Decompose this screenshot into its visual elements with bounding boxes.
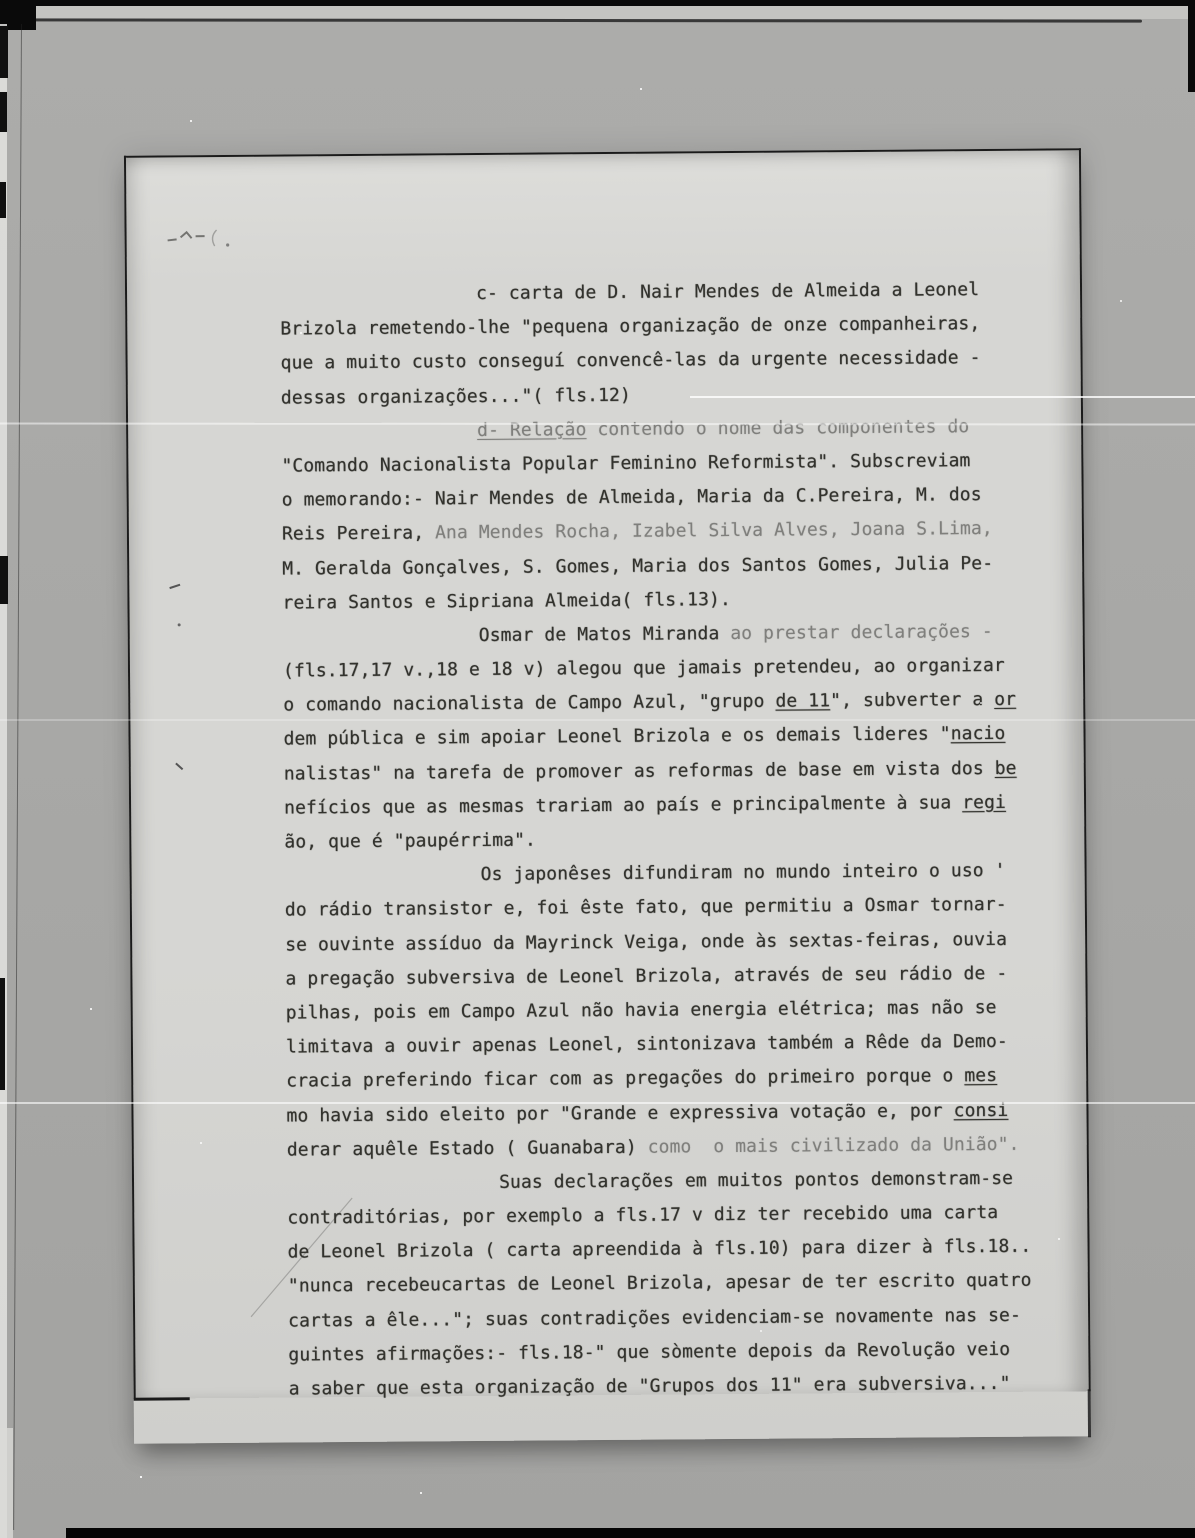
scan-edge-vertical-line [13, 24, 22, 1530]
text-segment: reira Santos e Sipriana Almeida( fls.13)… [282, 589, 731, 614]
text-segment: "nunca recebeucartas de Leonel Brizola, … [288, 1270, 1032, 1297]
text-segment: Suas declarações em muitos pontos demons… [499, 1168, 1013, 1193]
text-segment: de 11 [775, 690, 830, 711]
film-scratch-line [0, 1102, 1195, 1104]
text-segment: a pregação subversiva de Leonel Brizola,… [285, 963, 1007, 990]
film-mark [0, 92, 7, 132]
text-segment: contraditórias, por exemplo a fls.17 v d… [287, 1202, 998, 1229]
text-segment: ão, que é "paupérrima". [284, 830, 536, 853]
scan-edge-bottom [66, 1528, 1195, 1538]
text-segment: cracia preferindo ficar com as pregações… [286, 1066, 964, 1092]
text-line: que a muito custo conseguí convencê-las … [280, 341, 1070, 381]
text-segment: cartas a êle..."; suas contradições evid… [288, 1304, 1021, 1331]
text-segment: derar aquêle Estado ( Guanabara) [287, 1136, 648, 1160]
text-segment: nalistas" na tarefa de promover as refor… [284, 758, 995, 785]
text-line: "nunca recebeucartas de Leonel Brizola, … [288, 1264, 1078, 1304]
pencil-mark [167, 227, 231, 252]
text-line: mo havia sido eleito por "Grande e expre… [286, 1093, 1076, 1133]
text-segment: Reis Pereira, [282, 523, 435, 545]
text-segment: Ana Mendes Rocha, Izabel Silva Alves, Jo… [435, 518, 993, 543]
scan-edge-band [0, 6, 1195, 19]
text-line: cracia preferindo ficar com as pregações… [286, 1059, 1076, 1099]
film-scratch-line [690, 396, 1195, 398]
film-edge-left [0, 24, 7, 1538]
text-line: se ouvinte assíduo da Mayrinck Veiga, on… [285, 922, 1075, 962]
text-segment: se ouvinte assíduo da Mayrinck Veiga, on… [285, 928, 1007, 955]
text-segment: "Comando Nacionalista Popular Feminino R… [281, 450, 970, 476]
text-segment: o memorando:- Nair Mendes de Almeida, Ma… [282, 484, 982, 510]
text-line: M. Geralda Gonçalves, S. Gomes, Maria do… [282, 546, 1072, 586]
text-segment: limitava a ouvir apenas Leonel, sintoniz… [286, 1031, 1008, 1058]
text-segment: ao prestar declarações - [730, 621, 993, 644]
text-segment: pilhas, pois em Campo Azul não havia ene… [286, 997, 997, 1024]
scan-edge-right [1188, 0, 1195, 92]
text-segment: regi [962, 792, 1006, 813]
film-mark [0, 26, 8, 78]
film-mark [0, 978, 5, 1090]
scanned-document-screen: c- carta de D. Nair Mendes de Almeida a … [0, 0, 1195, 1538]
text-segment: ", subverter a [830, 689, 994, 711]
film-edge-bottom-left [0, 1428, 13, 1538]
text-segment: de Leonel Brizola ( carta apreendida à f… [287, 1236, 1031, 1263]
scan-edge-top [0, 0, 1195, 6]
pencil-mark [178, 623, 181, 626]
text-segment: mes [964, 1065, 997, 1086]
text-segment: dessas organizações..."( fls.12) [281, 384, 631, 408]
text-segment: nefícios que as mesmas trariam ao país e… [284, 792, 962, 818]
text-segment: do rádio transistor e, foi êste fato, qu… [285, 894, 1007, 921]
film-mark [0, 182, 6, 218]
text-segment: guintes afirmações:- fls.18-" que sòment… [288, 1339, 1010, 1366]
text-segment: contendo o nome das componentes do [586, 416, 969, 440]
text-segment: como o mais civilizado da União". [648, 1133, 1020, 1157]
photo-background: c- carta de D. Nair Mendes de Almeida a … [0, 0, 1195, 1538]
text-segment: or [994, 689, 1016, 710]
text-segment: a saber que esta organização de "Grupos … [289, 1373, 1011, 1400]
text-segment: nacio [951, 723, 1006, 744]
text-line: a saber que esta organização de "Grupos … [289, 1366, 1079, 1406]
text-segment: dem pública e sim apoiar Leonel Brizola … [283, 724, 950, 750]
text-segment: Osmar de Matos Miranda [479, 623, 731, 646]
text-line: dem pública e sim apoiar Leonel Brizola … [283, 717, 1073, 757]
text-line: do rádio transistor e, foi êste fato, qu… [285, 888, 1075, 928]
text-line: nefícios que as mesmas trariam ao país e… [284, 785, 1074, 825]
dust-specks [190, 120, 192, 122]
text-segment: c- carta de D. Nair Mendes de Almeida a … [476, 279, 979, 304]
scan-edge-line [0, 18, 1142, 22]
text-segment: be [995, 757, 1017, 778]
film-scratch-line [0, 719, 1195, 721]
typewritten-text: c- carta de D. Nair Mendes de Almeida a … [280, 272, 1079, 1406]
text-segment: o comando nacionalista de Campo Azul, "g… [283, 691, 775, 716]
text-line: Reis Pereira, Ana Mendes Rocha, Izabel S… [282, 512, 1072, 552]
text-segment: que a muito custo conseguí convencê-las … [281, 347, 981, 373]
text-segment: Os japonêses difundiram no mundo inteiro… [481, 860, 1006, 885]
text-segment: M. Geralda Gonçalves, S. Gomes, Maria do… [282, 552, 993, 579]
text-segment: Brizola remetendo-lhe "pequena organizaç… [280, 313, 980, 339]
paper-sheet: c- carta de D. Nair Mendes de Almeida a … [124, 148, 1091, 1443]
text-segment: (fls.17,17 v.,18 e 18 v) alegou que jama… [283, 655, 1005, 682]
film-mark [0, 556, 8, 604]
